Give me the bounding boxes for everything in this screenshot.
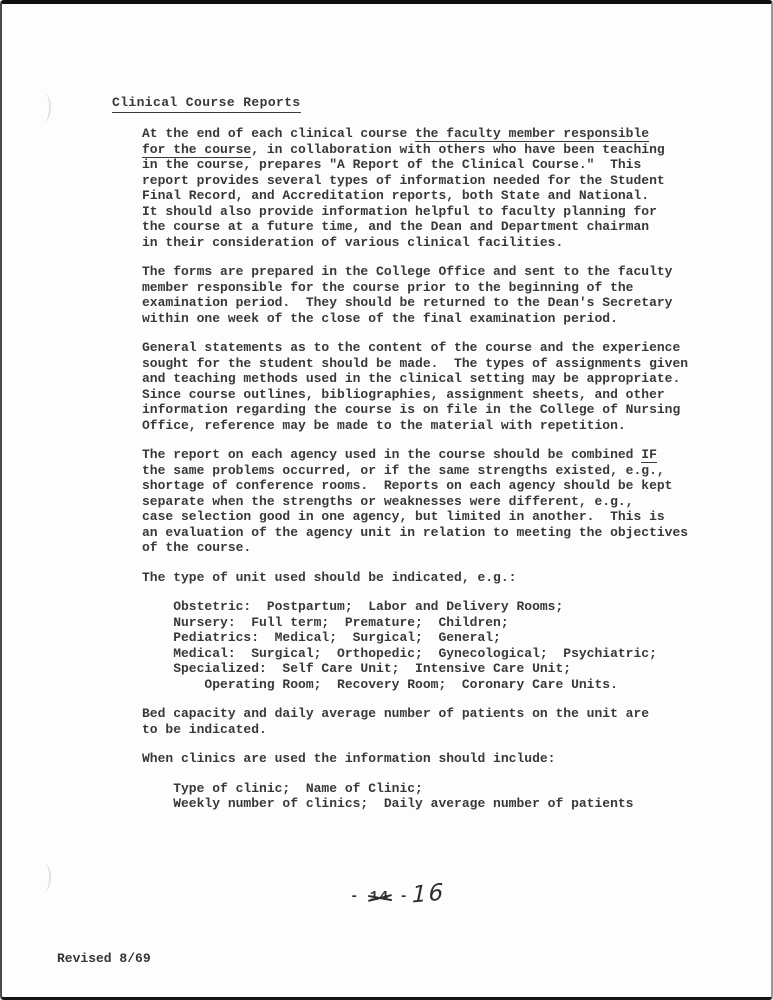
- text-line: shortage of conference rooms. Reports on…: [142, 478, 688, 494]
- text-line: Since course outlines, bibliographies, a…: [142, 387, 688, 403]
- text-line: The report on each agency used in the co…: [142, 447, 688, 463]
- text-line: Office, reference may be made to the mat…: [142, 418, 688, 434]
- text-line: information regarding the course is on f…: [142, 402, 688, 418]
- page-number: - 14 -16: [350, 880, 446, 906]
- agency-report-paragraph: The report on each agency used in the co…: [142, 447, 688, 556]
- text-line: Weekly number of clinics; Daily average …: [142, 796, 688, 812]
- text-line: Nursery: Full term; Premature; Children;: [142, 615, 688, 631]
- text-line: Medical: Surgical; Orthopedic; Gynecolog…: [142, 646, 688, 662]
- text-line: General statements as to the content of …: [142, 340, 688, 356]
- page-number-dash: -: [390, 889, 410, 905]
- forms-paragraph: The forms are prepared in the College Of…: [142, 264, 688, 326]
- text-line: The type of unit used should be indicate…: [142, 570, 688, 586]
- intro-paragraph: At the end of each clinical course the f…: [142, 126, 688, 250]
- clinic-info-list: Type of clinic; Name of Clinic; Weekly n…: [142, 781, 688, 812]
- text-line: examination period. They should be retur…: [142, 295, 688, 311]
- scan-artifact: [40, 864, 52, 892]
- page-number-struck: 14: [370, 889, 390, 905]
- text-line: Bed capacity and daily average number of…: [142, 706, 688, 722]
- text-line: sought for the student should be made. T…: [142, 356, 688, 372]
- text-line: Final Record, and Accreditation reports,…: [142, 188, 688, 204]
- text-line: of the course.: [142, 540, 688, 556]
- document-title: Clinical Course Reports: [112, 95, 301, 113]
- text-line: It should also provide information helpf…: [142, 204, 688, 220]
- general-statements-paragraph: General statements as to the content of …: [142, 340, 688, 433]
- scan-artifact: [40, 94, 52, 122]
- unit-type-list: Obstetric: Postpartum; Labor and Deliver…: [142, 599, 688, 692]
- bed-capacity-paragraph: Bed capacity and daily average number of…: [142, 706, 688, 737]
- text-line: within one week of the close of the fina…: [142, 311, 688, 327]
- text-line: The forms are prepared in the College Of…: [142, 264, 688, 280]
- text-line: separate when the strengths or weaknesse…: [142, 494, 688, 510]
- page-number-handwritten: 16: [412, 879, 446, 908]
- unit-type-intro: The type of unit used should be indicate…: [142, 570, 688, 586]
- text-line: member responsible for the course prior …: [142, 280, 688, 296]
- page-number-prefix: -: [350, 889, 370, 905]
- document-body: At the end of each clinical course the f…: [142, 126, 688, 826]
- document-page: Clinical Course Reports At the end of ea…: [0, 0, 773, 1000]
- text-line: and teaching methods used in the clinica…: [142, 371, 688, 387]
- text-line: report provides several types of informa…: [142, 173, 688, 189]
- text-line: Obstetric: Postpartum; Labor and Deliver…: [142, 599, 688, 615]
- text-line: to be indicated.: [142, 722, 688, 738]
- text-line: When clinics are used the information sh…: [142, 751, 688, 767]
- text-line: Pediatrics: Medical; Surgical; General;: [142, 630, 688, 646]
- text-line: Specialized: Self Care Unit; Intensive C…: [142, 661, 688, 677]
- text-line: Operating Room; Recovery Room; Coronary …: [142, 677, 688, 693]
- revision-note: Revised 8/69: [57, 951, 151, 966]
- text-line: case selection good in one agency, but l…: [142, 509, 688, 525]
- text-line: At the end of each clinical course the f…: [142, 126, 688, 142]
- text-line: the same problems occurred, or if the sa…: [142, 463, 688, 479]
- text-line: in their consideration of various clinic…: [142, 235, 688, 251]
- text-line: the course at a future time, and the Dea…: [142, 219, 688, 235]
- text-line: an evaluation of the agency unit in rela…: [142, 525, 688, 541]
- text-line: for the course, in collaboration with ot…: [142, 142, 688, 158]
- text-line: in the course, prepares "A Report of the…: [142, 157, 688, 173]
- clinics-intro: When clinics are used the information sh…: [142, 751, 688, 767]
- text-line: Type of clinic; Name of Clinic;: [142, 781, 688, 797]
